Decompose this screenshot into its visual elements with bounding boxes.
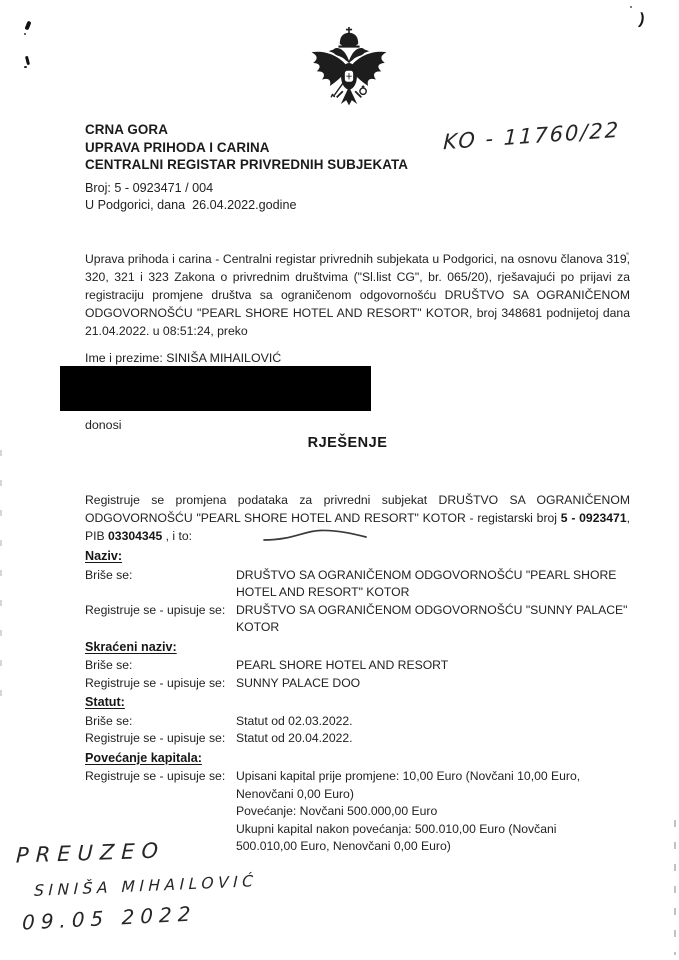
handwritten-received-name: SINIŠA MIHAILOVIĆ xyxy=(34,872,258,900)
document-number-line: Broj: 5 - 0923471 / 004 xyxy=(85,181,213,195)
intro-paragraph: Uprava prihoda i carina - Centralni regi… xyxy=(85,250,630,340)
change-row-label: Briše se: xyxy=(85,567,236,602)
change-row: Briše se: Statut od 02.03.2022. xyxy=(85,713,633,731)
change-row: Registruje se - upisuje se: Upisani kapi… xyxy=(85,768,633,856)
ink-mark xyxy=(630,6,632,8)
change-row: Briše se: PEARL SHORE HOTEL AND RESORT xyxy=(85,657,633,675)
change-row-label: Registruje se - upisuje se: xyxy=(85,730,236,748)
change-row-label: Registruje se - upisuje se: xyxy=(85,675,236,693)
letterhead-org: UPRAVA PRIHODA I CARINA xyxy=(85,139,408,157)
ink-mark xyxy=(24,66,27,68)
change-row-value: PEARL SHORE HOTEL AND RESORT xyxy=(236,657,633,675)
changes-list: Naziv: Briše se: DRUŠTVO SA OGRANIČENOM … xyxy=(85,546,633,856)
handwritten-case-number: KO - 11760/22 xyxy=(443,118,621,154)
letterhead: CRNA GORA UPRAVA PRIHODA I CARINA CENTRA… xyxy=(85,121,408,174)
change-row: Registruje se - upisuje se: SUNNY PALACE… xyxy=(85,675,633,693)
ink-mark: ) xyxy=(637,11,645,30)
scanned-document-page: ) KO - 11760/22 CRNA GORA xyxy=(0,0,679,960)
adopts-word: donosi xyxy=(85,418,122,432)
section-heading-skraceni-naziv: Skraćeni naziv: xyxy=(85,639,633,657)
montenegro-coat-of-arms-icon xyxy=(305,25,393,131)
section-heading-naziv: Naziv: xyxy=(85,548,633,566)
change-row: Registruje se - upisuje se: DRUŠTVO SA O… xyxy=(85,602,633,637)
submitter-name-line: Ime i prezime: SINIŠA MIHAILOVIĆ xyxy=(85,351,281,365)
decision-text: , i to: xyxy=(162,529,192,543)
ink-mark xyxy=(25,56,30,65)
change-row-value: Upisani kapital prije promjene: 10,00 Eu… xyxy=(236,768,633,856)
decision-text: Registruje se promjena podataka za privr… xyxy=(85,493,630,525)
redaction-box xyxy=(60,366,371,411)
change-row-label: Registruje se - upisuje se: xyxy=(85,602,236,637)
registration-number: 5 - 0923471 xyxy=(561,511,627,525)
handwritten-received-label: PREUZEO xyxy=(16,838,166,867)
change-row: Briše se: DRUŠTVO SA OGRANIČENOM ODGOVOR… xyxy=(85,567,633,602)
change-row-value: DRUŠTVO SA OGRANIČENOM ODGOVORNOŠĆU "PEA… xyxy=(236,567,633,602)
letterhead-registry: CENTRALNI REGISTAR PRIVREDNIH SUBJEKATA xyxy=(85,156,408,174)
handwritten-underline-arc xyxy=(262,528,368,544)
change-row-value: Statut od 20.04.2022. xyxy=(236,730,633,748)
change-row-label: Briše se: xyxy=(85,657,236,675)
letterhead-country: CRNA GORA xyxy=(85,121,408,139)
scan-edge-artifact xyxy=(674,820,676,955)
change-row-label: Briše se: xyxy=(85,713,236,731)
section-heading-statut: Statut: xyxy=(85,694,633,712)
section-heading-povecanje-kapitala: Povećanje kapitala: xyxy=(85,750,633,768)
ink-mark xyxy=(24,21,31,31)
ink-mark xyxy=(24,33,26,35)
pib-number: 03304345 xyxy=(108,529,162,543)
place-date-line: U Podgorici, dana 26.04.2022.godine xyxy=(85,198,296,212)
change-row-value: Statut od 02.03.2022. xyxy=(236,713,633,731)
change-row-value: DRUŠTVO SA OGRANIČENOM ODGOVORNOŠĆU "SUN… xyxy=(236,602,633,637)
handwritten-received-date: 09.05 2022 xyxy=(22,901,197,934)
document-title: RJEŠENJE xyxy=(80,435,615,451)
change-row: Registruje se - upisuje se: Statut od 20… xyxy=(85,730,633,748)
change-row-value: SUNNY PALACE DOO xyxy=(236,675,633,693)
scan-edge-artifact xyxy=(0,450,2,710)
